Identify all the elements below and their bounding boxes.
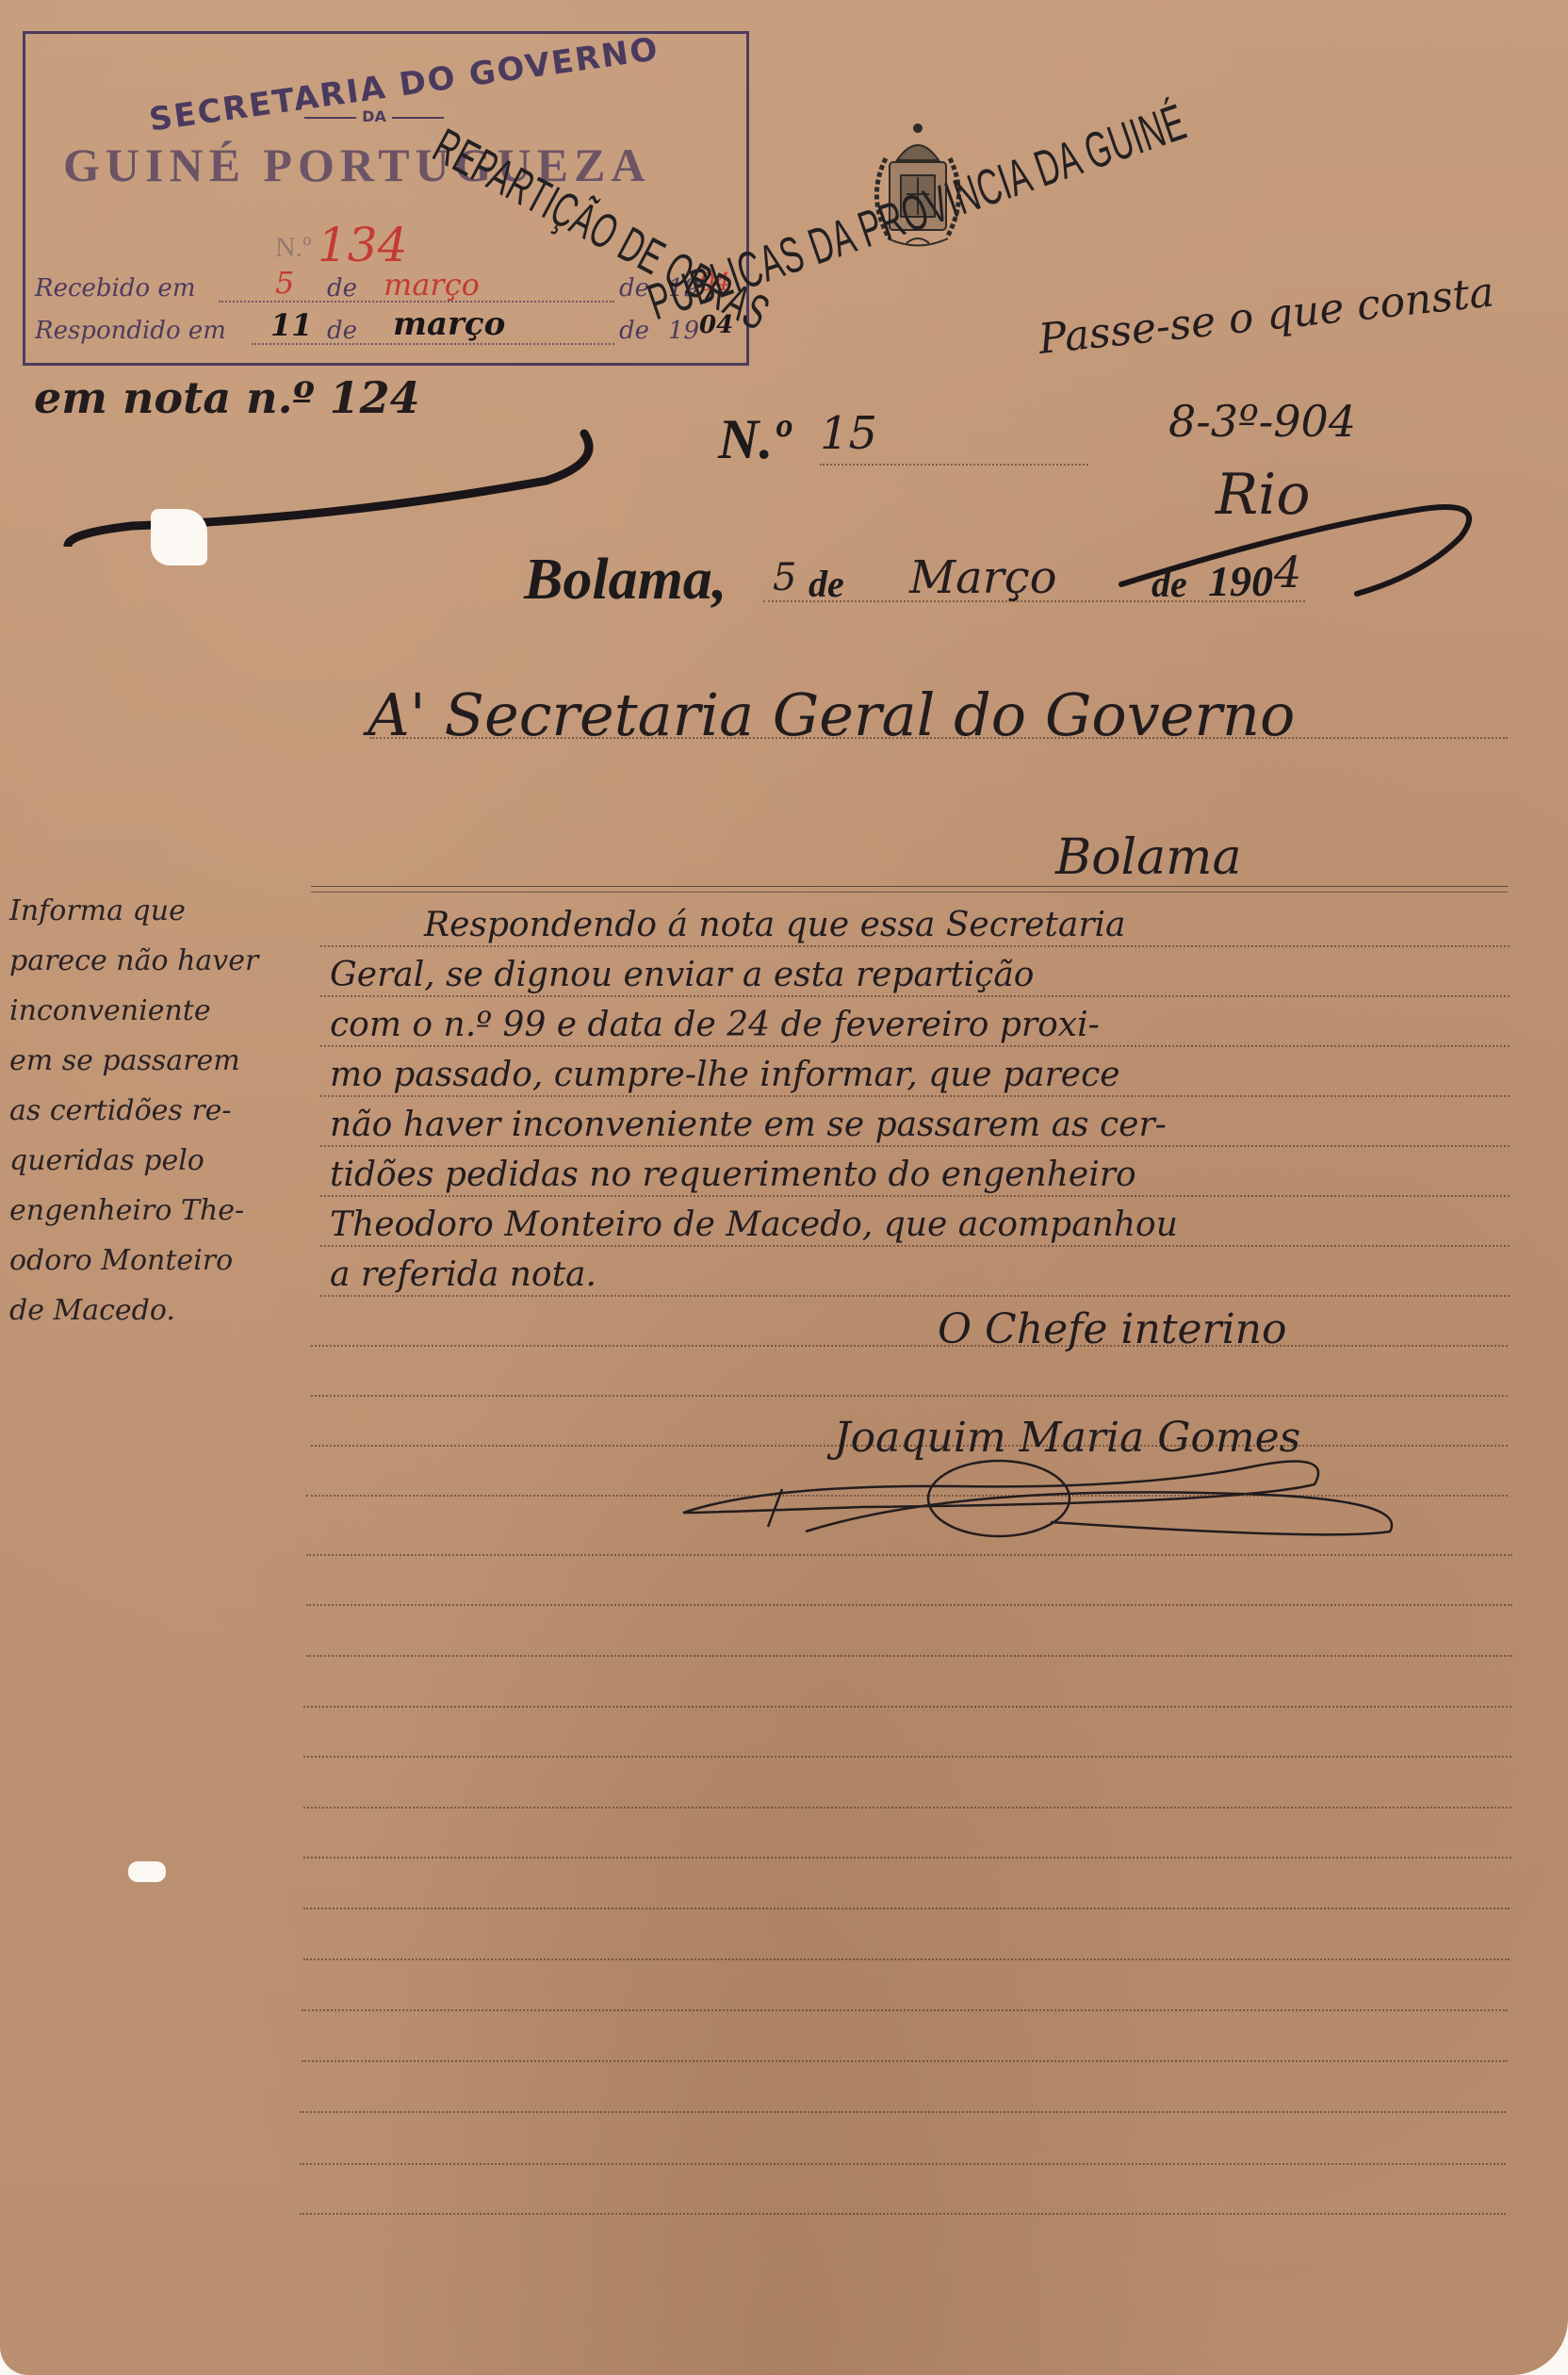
margin-note-line: de Macedo. [9, 1286, 330, 1335]
closing-title: O Chefe interino [938, 1305, 1286, 1353]
date-dotted-line [763, 600, 1305, 602]
received-month: março [384, 267, 480, 303]
paper-damage [128, 1861, 166, 1882]
margin-note-line: parece não haver [9, 936, 330, 986]
body-line: a referida nota. [330, 1250, 1527, 1300]
answered-month: março [393, 305, 505, 343]
margin-note-line: engenheiro The- [9, 1186, 330, 1236]
answered-label: Respondido em [35, 317, 226, 345]
body-line: mo passado, cumpre-lhe informar, que par… [330, 1050, 1527, 1100]
margin-note-line: inconveniente [9, 986, 330, 1036]
addressee: A' Secretaria Geral do Governo [367, 680, 1295, 749]
body-line: Geral, se dignou enviar a esta repartiçã… [330, 950, 1527, 1000]
answered-day: 11 [270, 307, 313, 343]
number-label: N.º [718, 407, 790, 472]
answered-de1: de [327, 317, 357, 345]
stamp-title: SECRETARIA DO GOVERNO [139, 53, 666, 90]
place: Bolama, [524, 547, 727, 614]
received-de1: de [327, 274, 357, 303]
addressee-city: Bolama [1055, 829, 1241, 886]
letter-body: Respondendo á nota que essa Secretaria G… [330, 900, 1527, 1300]
received-day: 5 [275, 265, 294, 301]
date-year-prefix: 190 [1208, 556, 1273, 606]
signature-loops-icon [674, 1447, 1428, 1550]
stamp-line3: GUINÉ PORTUGUEZA [63, 138, 723, 192]
paper-damage [151, 509, 207, 565]
date-year-suffix: 4 [1274, 547, 1301, 598]
number-value: 15 [820, 407, 877, 460]
stamp-number: 134 [318, 218, 407, 272]
receipt-stamp: SECRETARIA DO GOVERNO DA GUINÉ PORTUGUEZ… [23, 31, 749, 366]
answered-de2: de [619, 317, 649, 345]
date-month: Março [909, 551, 1057, 604]
body-line: com o n.º 99 e data de 24 de fevereiro p… [330, 1000, 1527, 1050]
margin-note-line: odoro Monteiro [9, 1236, 330, 1286]
addressee-dotted-line [369, 737, 1508, 739]
body-line: não haver inconveniente em se passarem a… [330, 1100, 1527, 1150]
body-line: Respondendo á nota que essa Secretaria [330, 900, 1527, 950]
number-dotted-line [820, 464, 1088, 466]
date-day: 5 [773, 556, 796, 599]
margin-note-line: as certidões re- [9, 1086, 330, 1136]
stamp-answered-row: Respondido em 11 de março de 19 04 [35, 317, 742, 354]
date-de1: de [808, 562, 844, 606]
underline-swash-icon [57, 415, 594, 547]
separator-double-line [311, 886, 1508, 893]
dispatch-date: 8-3º-904 [1168, 396, 1356, 447]
stamp-line2: DA [280, 107, 468, 125]
margin-note-line: Informa que [9, 886, 330, 936]
body-line: Theodoro Monteiro de Macedo, que acompan… [330, 1200, 1527, 1250]
date-de2: de [1151, 562, 1187, 606]
stamp-number-label: N.º [275, 232, 311, 264]
margin-note: Informa que parece não haver inconvenien… [9, 886, 330, 1335]
margin-note-line: queridas pelo [9, 1136, 330, 1186]
body-line: tidões pedidas no requerimento do engenh… [330, 1150, 1527, 1200]
margin-note-line: em se passarem [9, 1036, 330, 1086]
received-label: Recebido em [35, 274, 195, 303]
